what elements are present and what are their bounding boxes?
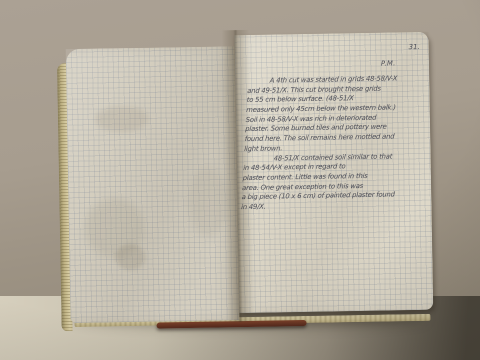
show-through-mark [188,166,229,237]
handwriting-block: A 4th cut was started in grids 48-58/V-X… [241,74,432,213]
show-through-mark [115,244,145,271]
show-through-mark [84,198,145,259]
session-label: P.M. [381,59,396,67]
paper-sheen [66,46,240,323]
photo-scene: 31. P.M. A 4th cut was started in grids … [0,0,480,360]
show-through-mark [95,106,149,133]
notebook: 31. P.M. A 4th cut was started in grids … [55,27,438,330]
page-number: 31. [409,43,420,51]
left-page-blank [66,46,240,323]
right-page-notes: 31. P.M. A 4th cut was started in grids … [235,32,434,313]
